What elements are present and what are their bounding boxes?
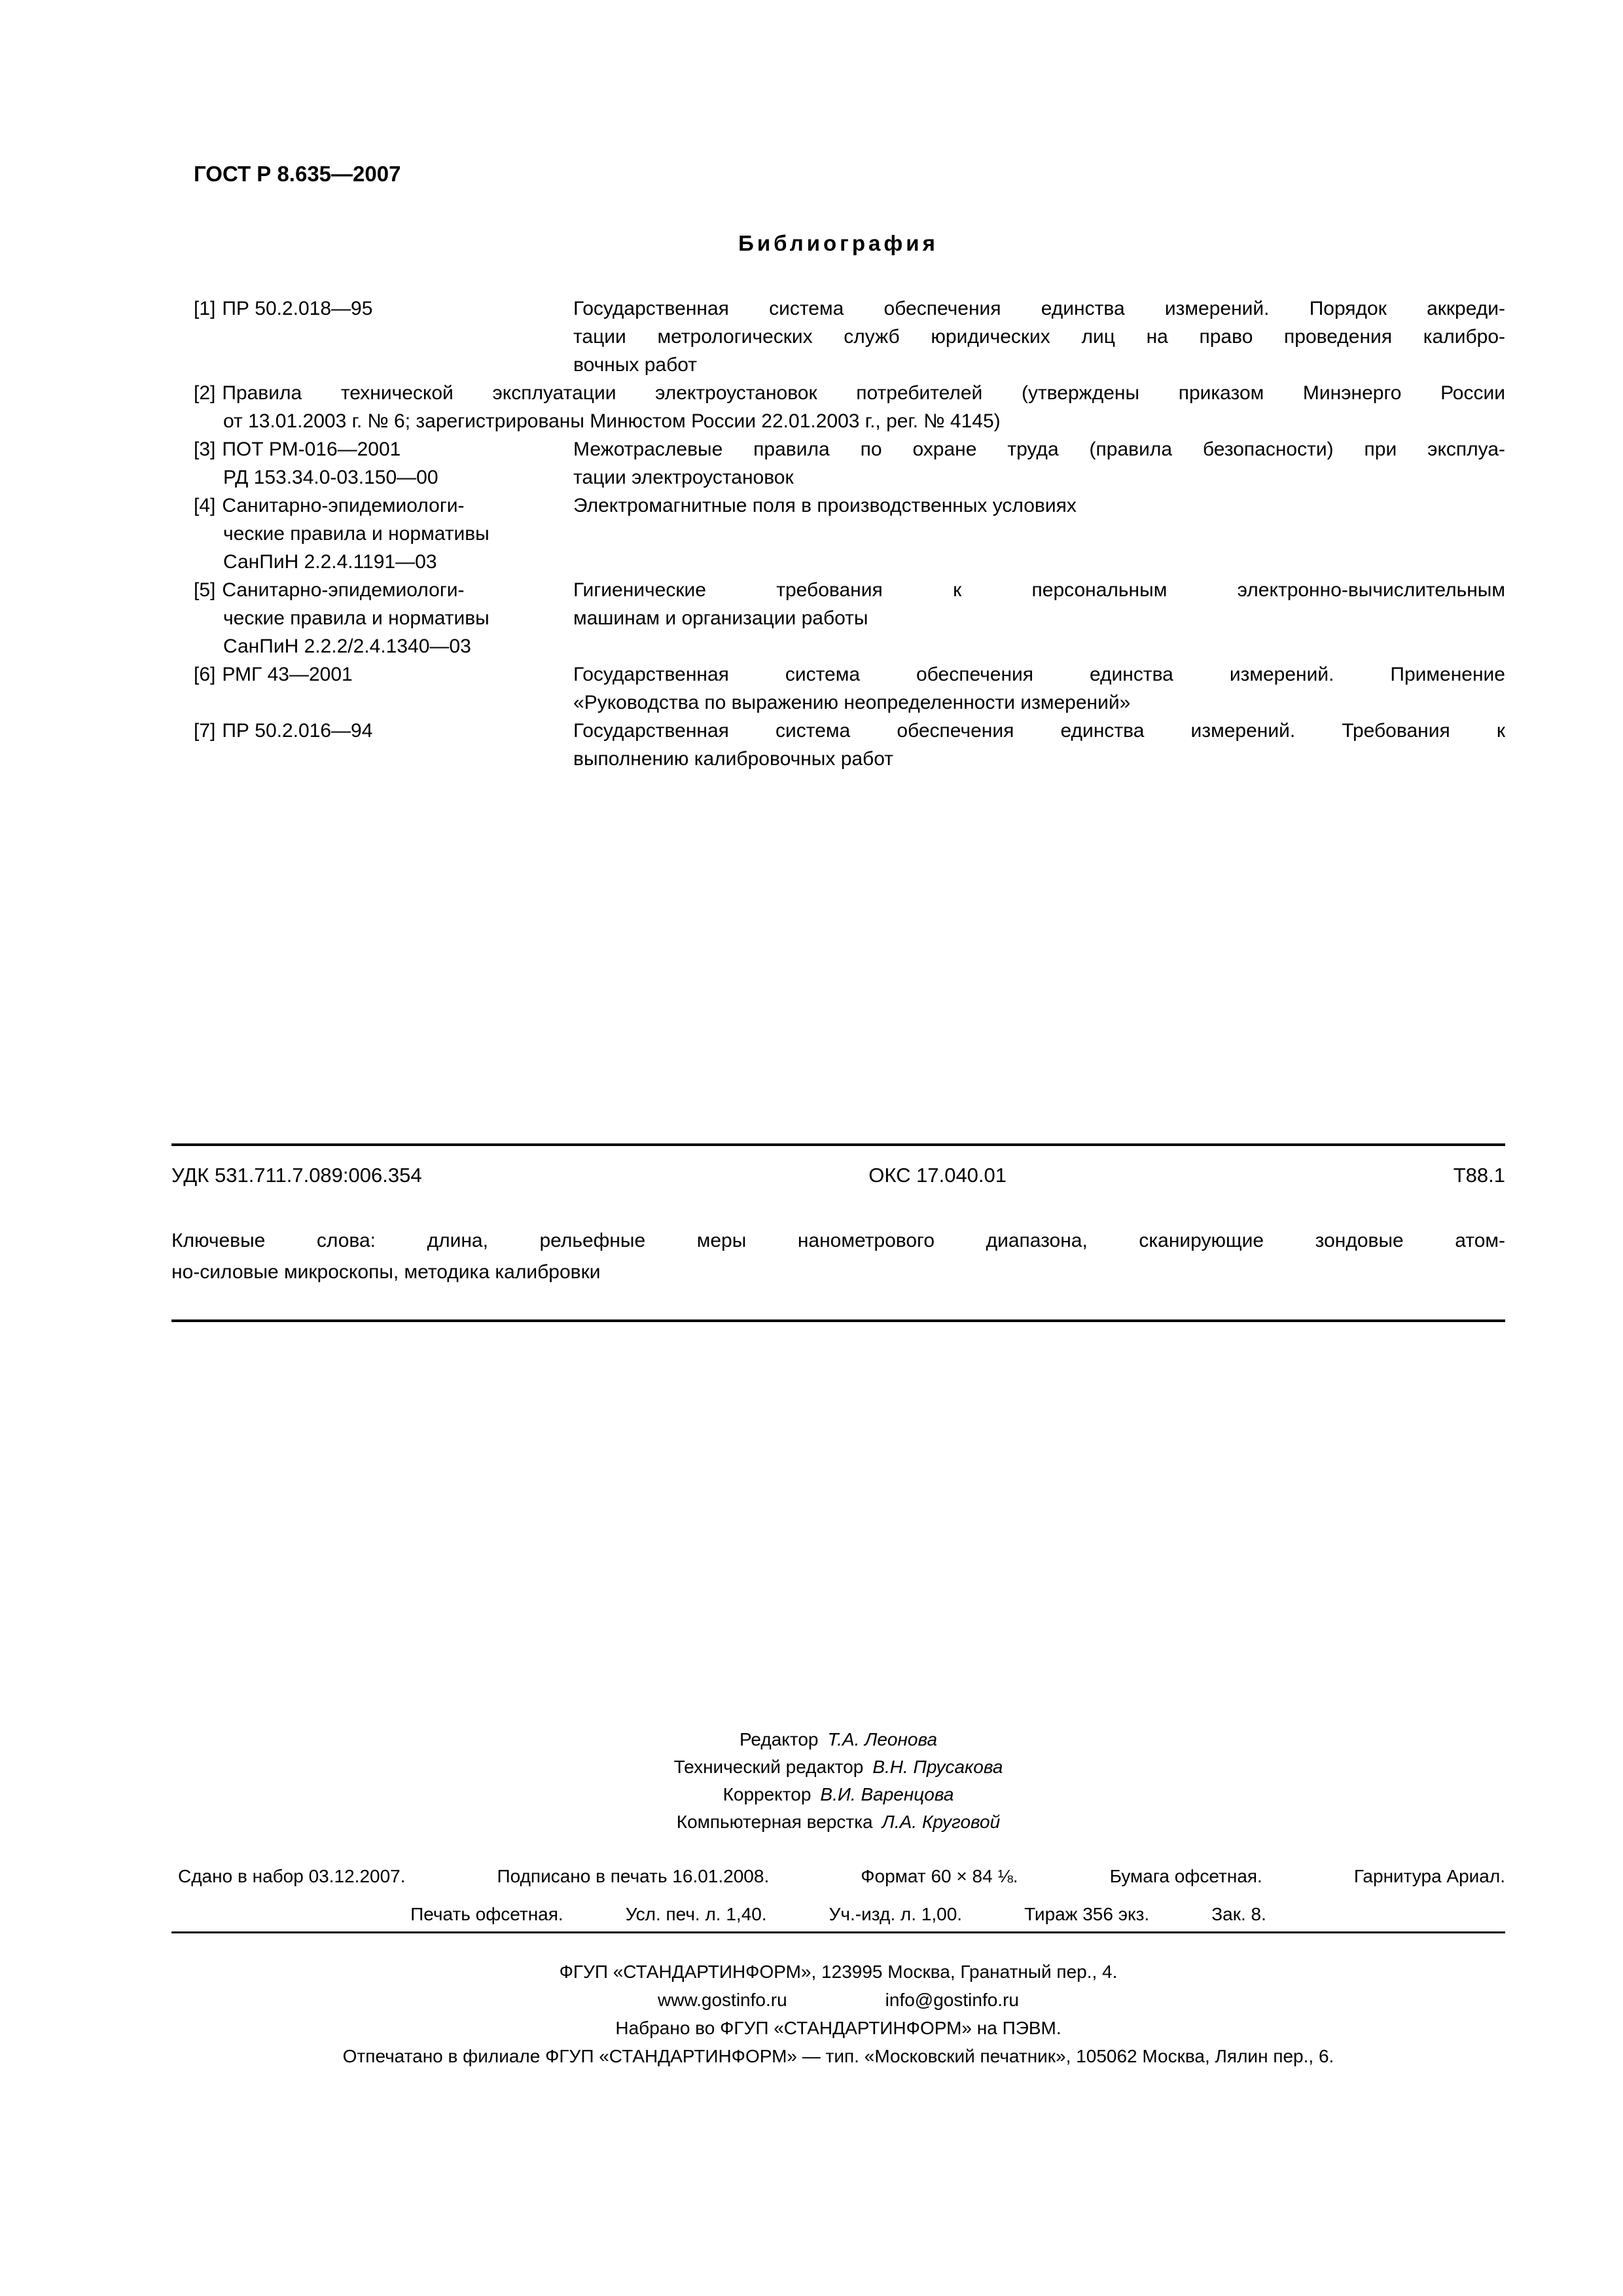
keywords-block: Ключевые слова: длина, рельефные меры на…: [171, 1225, 1505, 1288]
entry-code-column: [1]ПР 50.2.018—95: [194, 295, 573, 379]
publisher-typeset-note: Набрано во ФГУП «СТАНДАРТИНФОРМ» на ПЭВМ…: [171, 2014, 1505, 2042]
code-line: СанПиН 2.2.2/2.4.1340—03: [194, 632, 573, 660]
classification-row: УДК 531.711.7.089:006.354 ОКС 17.040.01 …: [171, 1162, 1505, 1189]
oks-code: ОКС 17.040.01: [868, 1162, 1007, 1189]
ref-number: [5]: [194, 579, 215, 601]
t-index: Т88.1: [1454, 1162, 1505, 1189]
code-line: СанПиН 2.2.4.1191—03: [194, 548, 573, 576]
staff-line: Компьютерная версткаЛ.А. Круговой: [171, 1808, 1505, 1836]
entry-line: от 13.01.2003 г. № 6; зарегистрированы М…: [194, 407, 1505, 435]
code-line: ческие правила и нормативы: [194, 604, 573, 632]
divider-rule-footer: [171, 1931, 1505, 1933]
code-line: [5]Санитарно-эпидемиологи-: [194, 576, 573, 604]
imprint-segment: Формат 60 × 84 ⅛.: [861, 1863, 1018, 1890]
publisher-print-note: Отпечатано в филиале ФГУП «СТАНДАРТИНФОР…: [171, 2042, 1505, 2070]
entry-description-column: Государственная система обеспечения един…: [573, 660, 1505, 717]
entry-code-column: [6]РМГ 43—2001: [194, 660, 573, 717]
imprint-segment: Усл. печ. л. 1,40.: [626, 1901, 767, 1928]
code-text: РМГ 43—2001: [222, 664, 352, 685]
description-line: Государственная система обеспечения един…: [573, 295, 1505, 323]
bibliography-entry: [3]ПОТ РМ-016—2001РД 153.34.0-03.150—00М…: [194, 435, 1505, 492]
code-line: РД 153.34.0-03.150—00: [194, 463, 573, 492]
code-text: ПР 50.2.016—94: [222, 720, 372, 742]
code-line: [1]ПР 50.2.018—95: [194, 295, 573, 323]
imprint-segment: Зак. 8.: [1211, 1901, 1266, 1928]
ref-number: [1]: [194, 298, 215, 319]
entry-description-column: Гигиенические требования к персональным …: [573, 576, 1505, 660]
ref-number: [2]: [194, 382, 215, 404]
person-name: Л.А. Круговой: [882, 1812, 1001, 1832]
description-line: Государственная система обеспечения един…: [573, 660, 1505, 689]
entry-description-column: Государственная система обеспечения един…: [573, 717, 1505, 773]
code-line: ческие правила и нормативы: [194, 520, 573, 548]
ref-number: [4]: [194, 495, 215, 516]
gost-document-page: ГОСТ Р 8.635—2007 Библиография [1]ПР 50.…: [0, 0, 1623, 2296]
entry-code-column: [7]ПР 50.2.016—94: [194, 717, 573, 773]
entry-line: [2]Правила технической эксплуатации элек…: [194, 379, 1505, 407]
entry-code-column: [5]Санитарно-эпидемиологи-ческие правила…: [194, 576, 573, 660]
bibliography-entry: [7]ПР 50.2.016—94Государственная система…: [194, 717, 1505, 773]
bibliography-entry: [1]ПР 50.2.018—95Государственная система…: [194, 295, 1505, 379]
ref-number: [7]: [194, 720, 215, 742]
bibliography-entry: [4]Санитарно-эпидемиологи-ческие правила…: [194, 492, 1505, 576]
description-line: Гигиенические требования к персональным …: [573, 576, 1505, 604]
code-text: Санитарно-эпидемиологи-: [222, 495, 464, 516]
role-label: Корректор: [723, 1784, 811, 1804]
imprint-segment: Сдано в набор 03.12.2007.: [178, 1863, 406, 1890]
entry-description-column: Межотраслевые правила по охране труда (п…: [573, 435, 1505, 492]
udk-code: УДК 531.711.7.089:006.354: [171, 1162, 422, 1189]
imprint-line-2: Печать офсетная.Усл. печ. л. 1,40.Уч.-из…: [171, 1901, 1505, 1928]
description-line: Государственная система обеспечения един…: [573, 717, 1505, 745]
website-text: www.gostinfo.ru: [658, 1986, 787, 2014]
description-line: выполнению калибровочных работ: [573, 745, 1505, 773]
code-text: ПР 50.2.018—95: [222, 298, 372, 319]
role-label: Редактор: [740, 1729, 819, 1749]
person-name: В.И. Варенцова: [820, 1784, 954, 1804]
description-line: Электромагнитные поля в производственных…: [573, 492, 1505, 520]
imprint-segment: Подписано в печать 16.01.2008.: [497, 1863, 770, 1890]
code-line: [3]ПОТ РМ-016—2001: [194, 435, 573, 463]
publisher-contacts: www.gostinfo.ru info@gostinfo.ru: [171, 1986, 1505, 2014]
code-line: [7]ПР 50.2.016—94: [194, 717, 573, 745]
description-line: тации электроустановок: [573, 463, 1505, 492]
bibliography-list: [1]ПР 50.2.018—95Государственная система…: [194, 295, 1505, 773]
ref-number: [6]: [194, 664, 215, 685]
person-name: В.Н. Прусакова: [872, 1757, 1003, 1777]
entry-text: Правила технической эксплуатации электро…: [222, 382, 1505, 404]
bibliography-entry: [6]РМГ 43—2001Государственная система об…: [194, 660, 1505, 717]
ref-number: [3]: [194, 439, 215, 460]
role-label: Компьютерная верстка: [677, 1812, 873, 1832]
person-name: Т.А. Леонова: [828, 1729, 938, 1749]
entry-description-column: Электромагнитные поля в производственных…: [573, 492, 1505, 576]
code-line: [4]Санитарно-эпидемиологи-: [194, 492, 573, 520]
code-text: ПОТ РМ-016—2001: [222, 439, 401, 460]
entry-code-column: [4]Санитарно-эпидемиологи-ческие правила…: [194, 492, 573, 576]
divider-rule-top: [171, 1143, 1505, 1146]
entry-code-column: [3]ПОТ РМ-016—2001РД 153.34.0-03.150—00: [194, 435, 573, 492]
code-text: Санитарно-эпидемиологи-: [222, 579, 464, 601]
imprint-segment: Уч.-изд. л. 1,00.: [829, 1901, 962, 1928]
imprint-segment: Гарнитура Ариал.: [1354, 1863, 1505, 1890]
imprint-line-1: Сдано в набор 03.12.2007.Подписано в печ…: [178, 1863, 1505, 1890]
keywords-line: Ключевые слова: длина, рельефные меры на…: [171, 1225, 1505, 1257]
staff-block: РедакторТ.А. ЛеоноваТехнический редактор…: [171, 1726, 1505, 1836]
role-label: Технический редактор: [674, 1757, 864, 1777]
imprint-segment: Бумага офсетная.: [1110, 1863, 1262, 1890]
divider-rule-keywords: [171, 1319, 1505, 1322]
doc-code: ГОСТ Р 8.635—2007: [194, 161, 401, 187]
imprint-segment: Тираж 356 экз.: [1024, 1901, 1149, 1928]
email-text: info@gostinfo.ru: [885, 1986, 1019, 2014]
bibliography-entry: [2]Правила технической эксплуатации элек…: [194, 379, 1505, 435]
keywords-line: но-силовые микроскопы, методика калибров…: [171, 1257, 1505, 1288]
section-title: Библиография: [171, 230, 1505, 257]
staff-line: Технический редакторВ.Н. Прусакова: [171, 1753, 1505, 1781]
description-line: Межотраслевые правила по охране труда (п…: [573, 435, 1505, 463]
staff-line: РедакторТ.А. Леонова: [171, 1726, 1505, 1753]
publisher-block: ФГУП «СТАНДАРТИНФОРМ», 123995 Москва, Гр…: [171, 1958, 1505, 2070]
description-line: машинам и организации работы: [573, 604, 1505, 632]
entry-description-column: Государственная система обеспечения един…: [573, 295, 1505, 379]
description-line: тации метрологических служб юридических …: [573, 323, 1505, 351]
description-line: вочных работ: [573, 351, 1505, 379]
imprint-segment: Печать офсетная.: [410, 1901, 563, 1928]
description-line: «Руководства по выражению неопределеннос…: [573, 689, 1505, 717]
bibliography-entry: [5]Санитарно-эпидемиологи-ческие правила…: [194, 576, 1505, 660]
staff-line: КорректорВ.И. Варенцова: [171, 1781, 1505, 1808]
publisher-address: ФГУП «СТАНДАРТИНФОРМ», 123995 Москва, Гр…: [171, 1958, 1505, 1986]
code-line: [6]РМГ 43—2001: [194, 660, 573, 689]
